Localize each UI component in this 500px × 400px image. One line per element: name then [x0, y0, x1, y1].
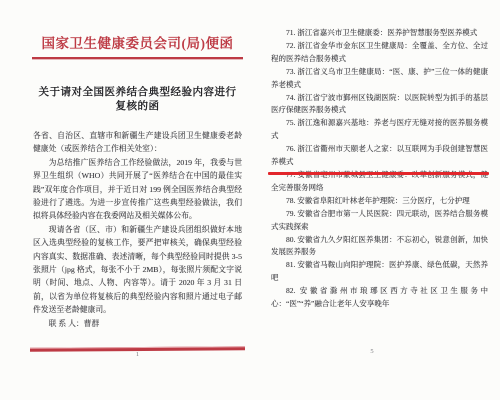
list-item: 74. 浙江省宁波市鄞州区钱湖医院：以医院转型为抓手的基层医疗保健医养服务模式 [271, 92, 488, 118]
letterhead-title: 国家卫生健康委员会司(局)便函 [33, 32, 242, 52]
list-item: 75. 浙江逸和源嘉兴基地：养老与医疗无缝对接的医养服务模式 [271, 117, 488, 143]
list-item: 73. 浙江省义乌市卫生健康局：“医、康、护”三位一体的健康养老模式 [271, 66, 488, 92]
list-item: 78. 安徽省阜阳红叶林老年护理院：三分医疗，七分护理 [271, 195, 488, 208]
contact-line: 联 系 人：曹群 [33, 317, 242, 330]
letter-page: 国家卫生健康委员会司(局)便函 关于请对全国医养结合典型经验内容进行 复核的函 … [33, 30, 242, 370]
letter-salutation: 各省、自治区、直辖市和新疆生产建设兵团卫生健康委老龄健康处（或医养结合工作相关处… [33, 129, 242, 156]
red-underline-highlight [268, 172, 489, 175]
letterhead-rule [32, 57, 243, 59]
page-number-left: 1 [33, 351, 242, 358]
list-item: 76. 浙江省衢州市天颐老人之家：以互联网为手段创建智慧医养模式 [271, 143, 488, 169]
list-item: 72. 浙江省金华市金东区卫生健康局：全覆盖、全方位、全过程的医养结合服务模式 [271, 40, 488, 66]
list-item: 82. 安徽省滁州市琅琊区西方寺社区卫生服务中心：“医”“养”融合让老年人安享晚… [271, 285, 488, 311]
letter-title-line1: 关于请对全国医养结合典型经验内容进行 [33, 86, 242, 100]
letter-title: 关于请对全国医养结合典型经验内容进行 复核的函 [33, 86, 242, 113]
experience-list-page: 71. 浙江省嘉兴市卫生健康委：医养护智慧服务型医养模式72. 浙江省金华市金东… [271, 27, 488, 335]
list-item: 71. 浙江省嘉兴市卫生健康委：医养护智慧服务型医养模式 [271, 27, 488, 40]
letter-body: 各省、自治区、直辖市和新疆生产建设兵团卫生健康委老龄健康处（或医养结合工作相关处… [33, 129, 242, 357]
page-number-right: 5 [361, 348, 383, 355]
letter-paragraph-1: 为总结推广医养结合工作经验做法，2019 年，我委与世界卫生组织（WHO）共同开… [33, 156, 242, 223]
letter-title-line2: 复核的函 [33, 100, 242, 114]
scanned-document: 国家卫生健康委员会司(局)便函 关于请对全国医养结合典型经验内容进行 复核的函 … [0, 0, 500, 400]
letter-paragraph-2: 现请各省（区、市）和新疆生产建设兵团组织做好本地区入选典型经验的复核工作，要严把… [33, 223, 242, 317]
list-item: 80. 安徽省九久夕阳红医养集团：不忘初心，锐意创新，加快发展医养服务 [271, 234, 488, 260]
list-item: 79. 安徽省合肥市第一人民医院：四元联动，医养结合服务模式实践探索 [271, 208, 488, 234]
list-item: 81. 安徽省马鞍山向阳护理院：医护养康、绿色低碳，天然养吧 [271, 259, 488, 285]
